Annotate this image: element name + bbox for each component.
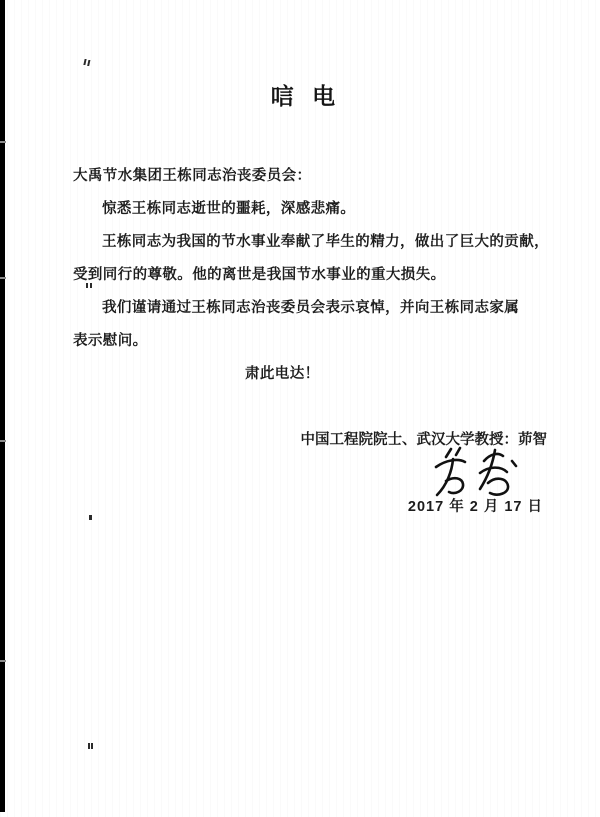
scan-edge-notch	[0, 660, 6, 662]
scan-speck	[83, 59, 86, 65]
body-line: 惊悉王栋同志逝世的噩耗，深感悲痛。	[73, 193, 573, 226]
scan-edge-bar	[0, 0, 5, 812]
body-line: 表示慰问。	[73, 325, 573, 358]
scan-edge-notch	[0, 277, 6, 279]
salutation-line: 大禹节水集团王栋同志治丧委员会：	[73, 160, 573, 193]
body-line: 王栋同志为我国的节水事业奉献了毕生的精力，做出了巨大的贡献，	[73, 226, 573, 259]
scan-speck	[88, 743, 90, 749]
date-line: 2017 年 2 月 17 日	[408, 495, 543, 516]
letter-title: 唁 电	[0, 78, 600, 111]
letter-body: 大禹节水集团王栋同志治丧委员会： 惊悉王栋同志逝世的噩耗，深感悲痛。 王栋同志为…	[73, 160, 573, 391]
closing-line: 肃此电达！	[73, 358, 573, 391]
scan-edge-notch	[0, 141, 6, 143]
scan-speck	[89, 515, 92, 520]
scan-edge-notch	[0, 440, 6, 442]
body-line: 我们谨请通过王栋同志治丧委员会表示哀悼，并向王栋同志家属	[73, 292, 573, 325]
scan-speck	[86, 283, 88, 288]
body-line: 受到同行的尊敬。他的离世是我国节水事业的重大损失。	[73, 259, 573, 292]
scanned-letter-page: 唁 电 大禹节水集团王栋同志治丧委员会： 惊悉王栋同志逝世的噩耗，深感悲痛。 王…	[0, 0, 600, 817]
